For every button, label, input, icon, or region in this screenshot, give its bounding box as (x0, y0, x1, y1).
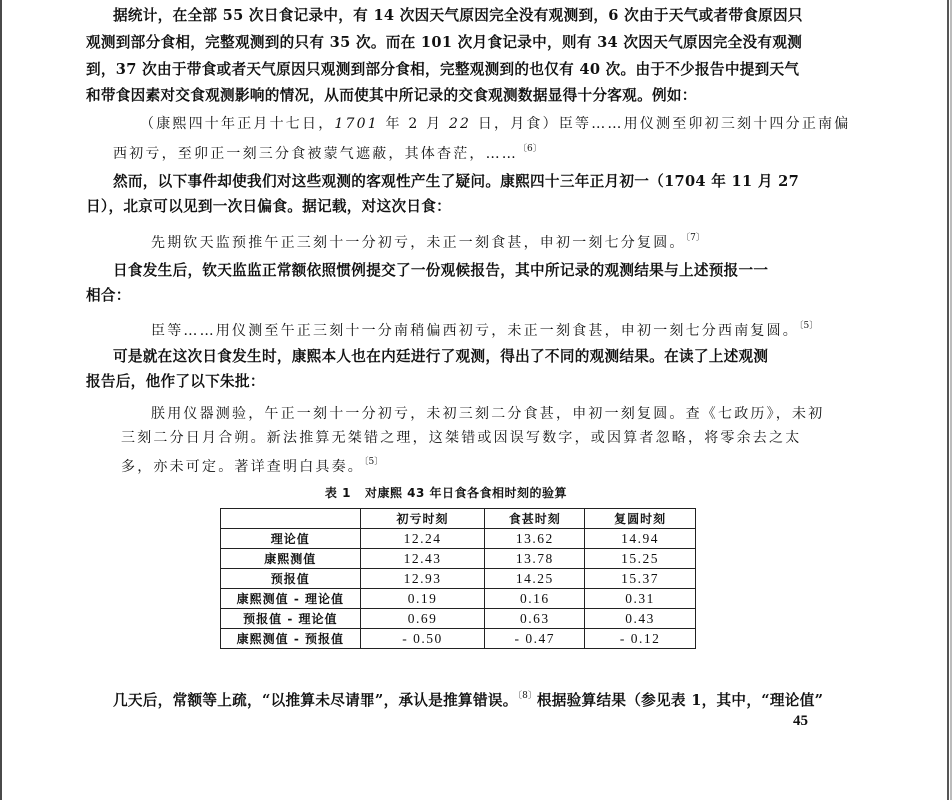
table-header-blank (221, 509, 361, 529)
paragraph-4-line-2: 报告后，他作了以下朱批： (86, 372, 265, 392)
eclipse-timing-table: 初亏时刻 食甚时刻 复圆时刻 理论值 12.24 13.62 14.94 康熙测… (220, 508, 696, 649)
table-row: 康熙测值 - 理论值 0.19 0.16 0.31 (221, 589, 696, 609)
cell: 0.43 (585, 609, 696, 629)
cell: 12.93 (360, 569, 485, 589)
table-caption: 表 1 对康熙 43 年日食各食相时刻的验算 (0, 484, 952, 501)
quote-1-day: 22 (449, 116, 471, 132)
quote-4-text-end: 多，亦未可定。著详查明白具奏。 (121, 459, 364, 475)
cell: 0.19 (360, 589, 485, 609)
table-row: 预报值 12.93 14.25 15.37 (221, 569, 696, 589)
quote-1-year: 1701 (334, 116, 378, 132)
quote-3-text: 臣等……用仪测至午正三刻十一分南稍偏西初亏，未正一刻食甚，申初一刻七分西南复圆。 (151, 323, 799, 339)
cell: 12.43 (360, 549, 485, 569)
paragraph-1-line-3: 到，37 次由于带食或者天气原因只观测到部分食相，完整观测到的也仅有 40 次。… (86, 60, 799, 80)
row-label: 预报值 - 理论值 (221, 609, 361, 629)
quote-1-text-c: 日，月食）臣等……用仪测至卯初三刻十四分正南偏 (471, 116, 850, 132)
cell: 0.16 (485, 589, 585, 609)
row-label: 康熙测值 - 理论值 (221, 589, 361, 609)
table-caption-label: 表 1 (325, 486, 351, 500)
paragraph-2-line-2: 日），北京可以见到一次日偏食。据记载，对这次日食： (86, 197, 451, 217)
footnote-ref-6[interactable]: 〔6〕 (518, 144, 542, 154)
paragraph-1-line-4: 和带食因素对交食观测影响的情况，从而使其中所记录的交食观测数据显得十分客观。例如… (86, 86, 697, 106)
paragraph-5-text-b: 根据验算结果（参见表 1，其中，“理论值” (537, 692, 823, 709)
row-label: 康熙测值 (221, 549, 361, 569)
paragraph-1-line-1: 据统计，在全部 55 次日食记录中，有 14 次因天气原因完全没有观测到，6 次… (113, 6, 803, 26)
paragraph-3-line-1: 日食发生后，钦天监监正常额依照惯例提交了一份观候报告，其中所记录的观测结果与上述… (113, 261, 768, 281)
quote-4-line-3: 多，亦未可定。著详查明白具奏。〔5〕 (121, 452, 383, 477)
cell: 15.25 (585, 549, 696, 569)
paragraph-2-line-1: 然而，以下事件却使我们对这些观测的客观性产生了疑问。康熙四十三年正月初一（170… (113, 172, 799, 192)
quote-4-line-2: 三刻二分日月合朔。新法推算无桀错之理，这桀错或因误写数字，或因算者忽略，将零余去… (121, 428, 801, 448)
table-header-max-eclipse: 食甚时刻 (485, 509, 585, 529)
table-header-row: 初亏时刻 食甚时刻 复圆时刻 (221, 509, 696, 529)
table-caption-title: 对康熙 43 年日食各食相时刻的验算 (365, 486, 567, 500)
quote-3: 臣等……用仪测至午正三刻十一分南稍偏西初亏，未正一刻食甚，申初一刻七分西南复圆。… (151, 316, 818, 341)
quote-1-text-b: 年 2 月 (379, 116, 449, 132)
table-row: 理论值 12.24 13.62 14.94 (221, 529, 696, 549)
cell: 12.24 (360, 529, 485, 549)
page-number: 45 (793, 713, 808, 730)
quote-2-text: 先期钦天监预推午正三刻十一分初亏，未正一刻食甚，申初一刻七分复圆。 (151, 235, 686, 251)
footnote-ref-7[interactable]: 〔7〕 (686, 233, 705, 243)
footnote-ref-8[interactable]: 〔8〕 (518, 691, 537, 701)
cell: 0.63 (485, 609, 585, 629)
cell: 15.37 (585, 569, 696, 589)
cell: 14.94 (585, 529, 696, 549)
cell: 0.31 (585, 589, 696, 609)
paragraph-3-line-2: 相合： (86, 286, 131, 306)
quote-2: 先期钦天监预推午正三刻十一分初亏，未正一刻食甚，申初一刻七分复圆。〔7〕 (151, 228, 705, 253)
quote-1-line-2: 西初亏，至卯正一刻三分食被蒙气遮蔽，其体杳茫，……〔6〕 (113, 139, 542, 164)
paragraph-1-line-2: 观测到部分食相，完整观测到的只有 35 次。而在 101 次月食记录中，则有 3… (86, 33, 802, 53)
paragraph-4-line-1: 可是就在这次日食发生时，康熙本人也在内廷进行了观测，得出了不同的观测结果。在读了… (113, 347, 768, 367)
page-edge-left (0, 0, 2, 800)
table-header-first-contact: 初亏时刻 (360, 509, 485, 529)
table-header-last-contact: 复圆时刻 (585, 509, 696, 529)
cell: 13.78 (485, 549, 585, 569)
table-row: 康熙测值 - 预报值 - 0.50 - 0.47 - 0.12 (221, 629, 696, 649)
cell: 0.69 (360, 609, 485, 629)
footnote-ref-5b[interactable]: 〔5〕 (364, 457, 383, 467)
quote-4-line-1: 朕用仪器测验，午正一刻十一分初亏，未初三刻二分食甚，申初一刻复圆。查《七政历》，… (151, 404, 824, 424)
cell: 13.62 (485, 529, 585, 549)
row-label: 预报值 (221, 569, 361, 589)
cell: - 0.50 (360, 629, 485, 649)
quote-1-text-d: 西初亏，至卯正一刻三分食被蒙气遮蔽，其体杳茫，…… (113, 146, 518, 162)
row-label: 康熙测值 - 预报值 (221, 629, 361, 649)
table-row: 康熙测值 12.43 13.78 15.25 (221, 549, 696, 569)
quote-1-text-a: （康熙四十年正月十七日， (140, 116, 334, 132)
paragraph-5: 几天后，常额等上疏，“以推算未尽请罪”，承认是推算错误。〔8〕根据验算结果（参见… (113, 686, 823, 711)
cell: - 0.47 (485, 629, 585, 649)
cell: - 0.12 (585, 629, 696, 649)
cell: 14.25 (485, 569, 585, 589)
row-label: 理论值 (221, 529, 361, 549)
quote-1-line-1: （康熙四十年正月十七日，1701 年 2 月 22 日，月食）臣等……用仪测至卯… (140, 114, 850, 134)
footnote-ref-5a[interactable]: 〔5〕 (799, 321, 818, 331)
paragraph-5-text-a: 几天后，常额等上疏，“以推算未尽请罪”，承认是推算错误。 (113, 692, 518, 709)
table-row: 预报值 - 理论值 0.69 0.63 0.43 (221, 609, 696, 629)
page-edge-right (947, 0, 949, 800)
